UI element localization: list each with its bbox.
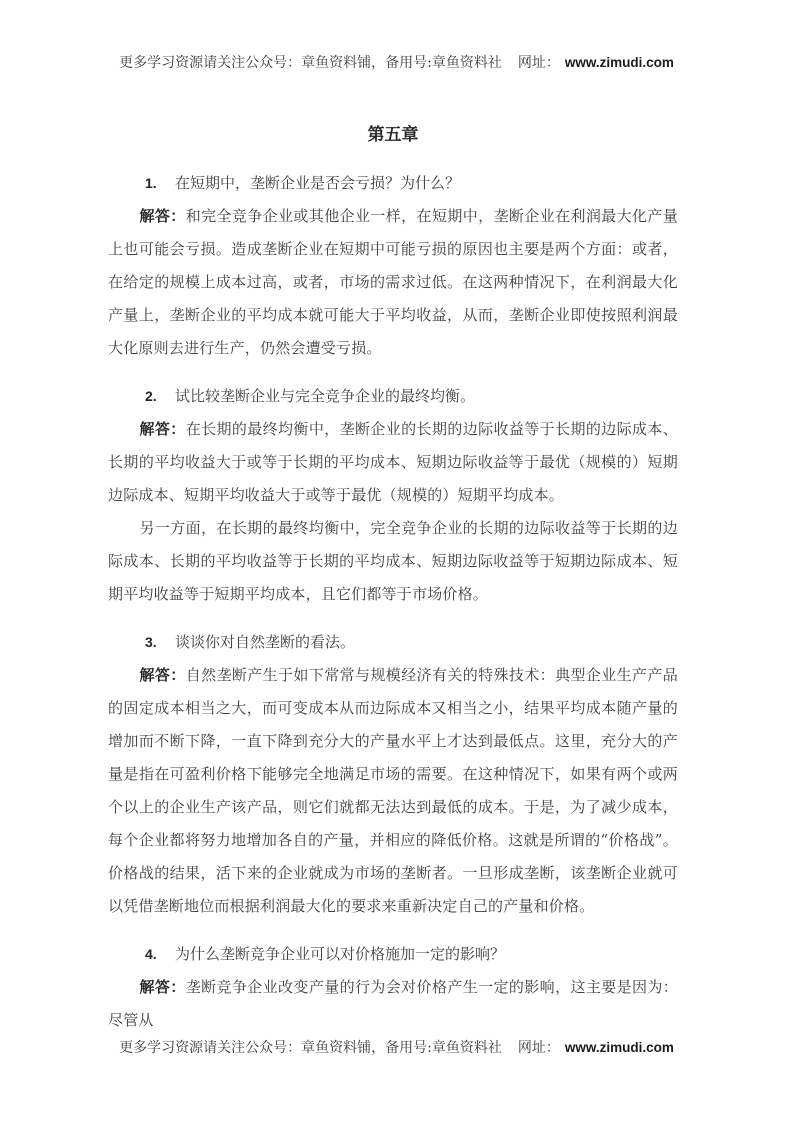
answer-1-text: 和完全竞争企业或其他企业一样，在短期中，垄断企业在利润最大化产量上也可能会亏损。… [108,207,678,357]
header-banner-text: 更多学习资源请关注公众号：章鱼资料铺，备用号:章鱼资料社 [119,55,502,71]
answer-2-text-2: 另一方面，在长期的最终均衡中，完全竞争企业的长期的边际收益等于长期的边际成本、长… [108,519,678,603]
question-3-row: 3.谈谈你对自然垄断的看法。 [108,626,678,659]
question-4-text: 为什么垄断竞争企业可以对价格施加一定的影响？ [175,945,505,963]
answer-2-text-1: 在长期的最终均衡中，垄断企业的长期的边际收益等于长期的边际成本、长期的平均收益大… [108,420,678,504]
question-4-row: 4.为什么垄断竞争企业可以对价格施加一定的影响？ [108,938,678,971]
header-url: www.zimudi.com [565,55,674,70]
answer-4-text: 垄断竞争企业改变产量的行为会对价格产生一定的影响，这主要是因为：尽管从 [108,978,678,1029]
document-page: 更多学习资源请关注公众号：章鱼资料铺，备用号:章鱼资料社网址：www.zimud… [0,0,793,1122]
header-banner: 更多学习资源请关注公众号：章鱼资料铺，备用号:章鱼资料社网址：www.zimud… [0,53,793,73]
answer-4-paragraph: 解答：垄断竞争企业改变产量的行为会对价格产生一定的影响，这主要是因为：尽管从 [108,971,678,1037]
answer-1-paragraph: 解答：和完全竞争企业或其他企业一样，在短期中，垄断企业在利润最大化产量上也可能会… [108,200,678,365]
answer-3: 解答：自然垄断产生于如下常常与规模经济有关的特殊技术：典型企业生产产品的固定成本… [108,659,678,923]
footer-url-label: 网址： [518,1040,560,1056]
answer-2-paragraph-2: 另一方面，在长期的最终均衡中，完全竞争企业的长期的边际收益等于长期的边际成本、长… [108,512,678,611]
answer-4-label: 解答： [140,978,186,996]
question-2-row: 2.试比较垄断企业与完全竞争企业的最终均衡。 [108,380,678,413]
answer-1-label: 解答： [140,207,186,225]
question-2-number: 2. [145,380,175,413]
answer-3-label: 解答： [140,666,186,684]
question-4-number: 4. [145,938,175,971]
answer-3-paragraph: 解答：自然垄断产生于如下常常与规模经济有关的特殊技术：典型企业生产产品的固定成本… [108,659,678,923]
answer-4: 解答：垄断竞争企业改变产量的行为会对价格产生一定的影响，这主要是因为：尽管从 [108,971,678,1037]
answer-3-text: 自然垄断产生于如下常常与规模经济有关的特殊技术：典型企业生产产品的固定成本相当之… [108,666,678,915]
footer-url: www.zimudi.com [565,1040,674,1055]
question-3-text: 谈谈你对自然垄断的看法。 [175,633,355,651]
answer-2-label: 解答： [140,420,186,438]
page-title: 第五章 [108,119,678,152]
answer-2-paragraph-1: 解答：在长期的最终均衡中，垄断企业的长期的边际收益等于长期的边际成本、长期的平均… [108,413,678,512]
footer-banner: 更多学习资源请关注公众号：章鱼资料铺，备用号:章鱼资料社网址：www.zimud… [0,1038,793,1058]
question-1-row: 1.在短期中，垄断企业是否会亏损？为什么？ [108,167,678,200]
question-2-text: 试比较垄断企业与完全竞争企业的最终均衡。 [175,387,475,405]
document-body: 第五章 1.在短期中，垄断企业是否会亏损？为什么？ 解答：和完全竞争企业或其他企… [108,119,678,1037]
footer-banner-text: 更多学习资源请关注公众号：章鱼资料铺，备用号:章鱼资料社 [119,1040,502,1056]
question-3-number: 3. [145,626,175,659]
question-1-number: 1. [145,167,175,200]
answer-2: 解答：在长期的最终均衡中，垄断企业的长期的边际收益等于长期的边际成本、长期的平均… [108,413,678,611]
answer-1: 解答：和完全竞争企业或其他企业一样，在短期中，垄断企业在利润最大化产量上也可能会… [108,200,678,365]
question-1-text: 在短期中，垄断企业是否会亏损？为什么？ [175,174,460,192]
header-url-label: 网址： [518,55,560,71]
